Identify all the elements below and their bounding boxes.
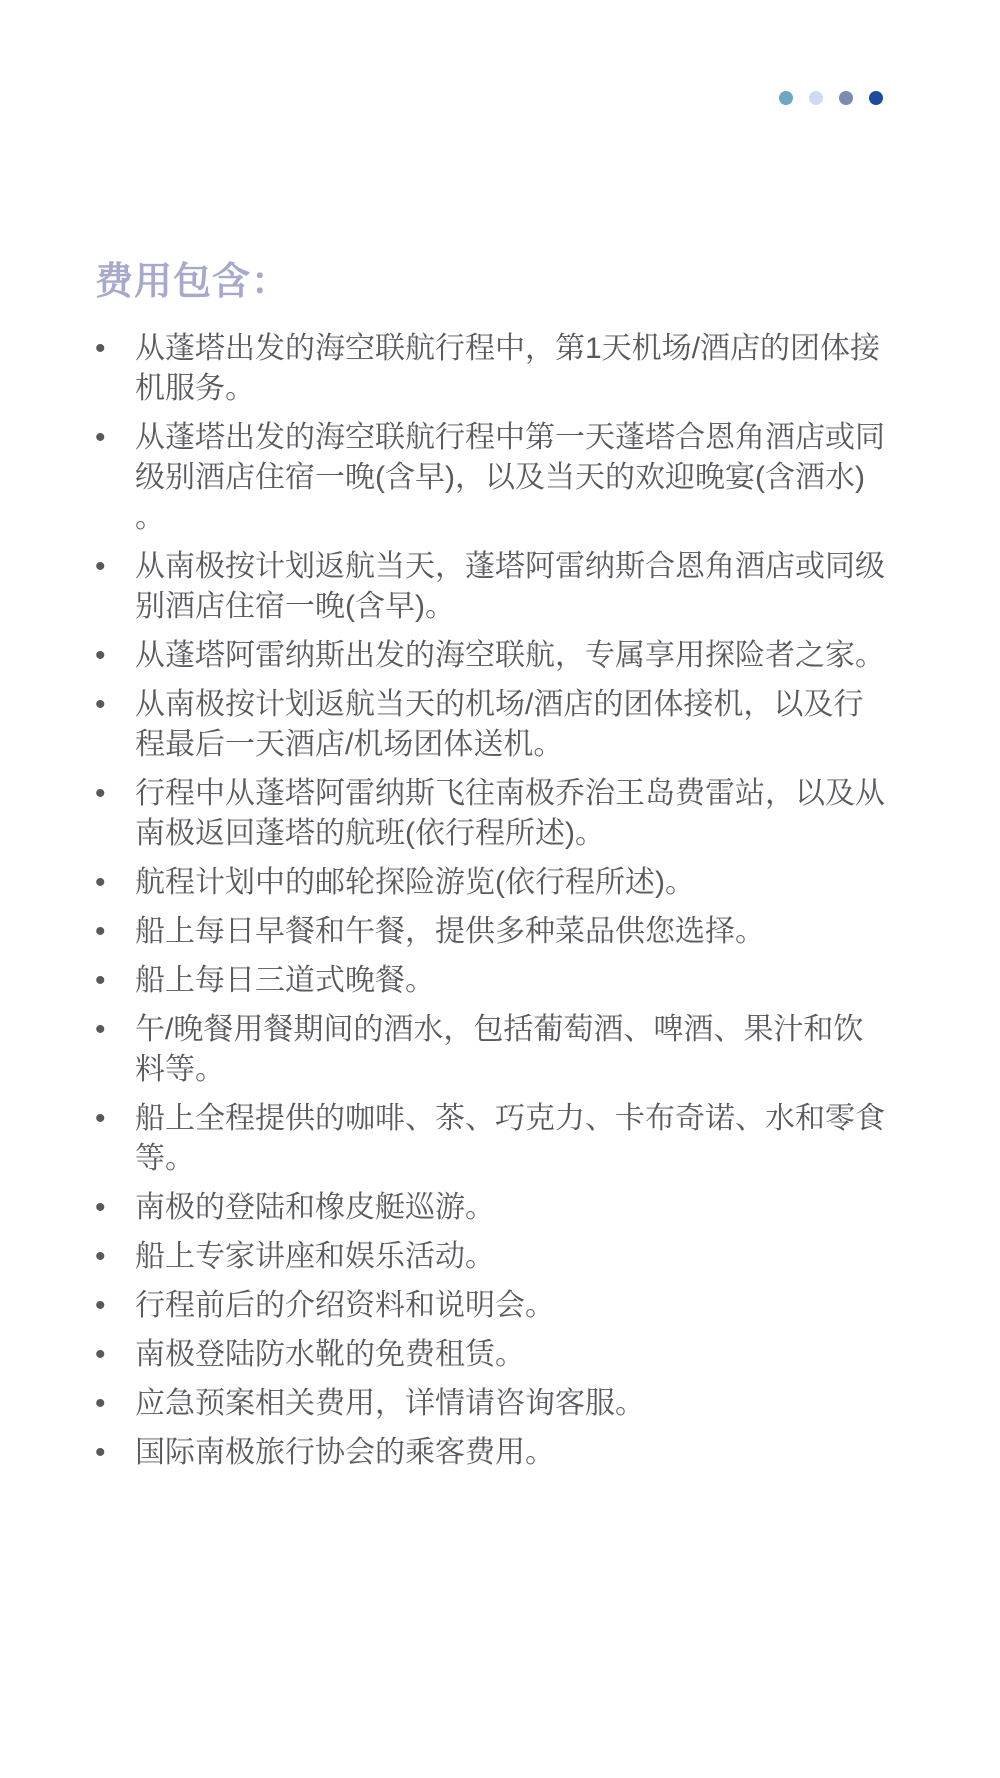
included-list: •从蓬塔出发的海空联航行程中，第1天机场/酒店的团体接 机服务。•从蓬塔出发的海… xyxy=(95,329,940,1473)
list-item-text: 行程中从蓬塔阿雷纳斯飞往南极乔治王岛费雷站，以及从 南极返回蓬塔的航班(依行程所… xyxy=(135,774,935,854)
bullet-icon: • xyxy=(95,961,135,1001)
list-item-text: 国际南极旅行协会的乘客费用。 xyxy=(135,1433,935,1473)
carousel-dot-1[interactable] xyxy=(779,91,793,105)
list-item: •行程中从蓬塔阿雷纳斯飞往南极乔治王岛费雷站，以及从 南极返回蓬塔的航班(依行程… xyxy=(95,774,940,854)
bullet-icon: • xyxy=(95,1286,135,1326)
bullet-icon: • xyxy=(95,912,135,952)
list-item: •船上全程提供的咖啡、茶、巧克力、卡布奇诺、水和零食 等。 xyxy=(95,1099,940,1179)
list-item: •船上每日三道式晚餐。 xyxy=(95,961,940,1001)
list-item-text: 从蓬塔出发的海空联航行程中第一天蓬塔合恩角酒店或同 级别酒店住宿一晚(含早)，以… xyxy=(135,418,935,538)
list-item-text: 南极登陆防水靴的免费租赁。 xyxy=(135,1335,935,1375)
bullet-icon: • xyxy=(95,863,135,903)
bullet-icon: • xyxy=(95,1237,135,1277)
bullet-icon: • xyxy=(95,1384,135,1424)
list-item: •从南极按计划返航当天，蓬塔阿雷纳斯合恩角酒店或同级 别酒店住宿一晚(含早)。 xyxy=(95,547,940,627)
list-item-text: 从南极按计划返航当天的机场/酒店的团体接机，以及行 程最后一天酒店/机场团体送机… xyxy=(135,685,935,765)
list-item: •从蓬塔阿雷纳斯出发的海空联航，专属享用探险者之家。 xyxy=(95,636,940,676)
list-item: •南极登陆防水靴的免费租赁。 xyxy=(95,1335,940,1375)
list-item: •从南极按计划返航当天的机场/酒店的团体接机，以及行 程最后一天酒店/机场团体送… xyxy=(95,685,940,765)
list-item-text: 应急预案相关费用，详情请咨询客服。 xyxy=(135,1384,935,1424)
costs-included-section: 费用包含： •从蓬塔出发的海空联航行程中，第1天机场/酒店的团体接 机服务。•从… xyxy=(95,250,940,1482)
list-item-text: 船上全程提供的咖啡、茶、巧克力、卡布奇诺、水和零食 等。 xyxy=(135,1099,935,1179)
carousel-dot-4[interactable] xyxy=(869,91,883,105)
list-item-text: 午/晚餐用餐期间的酒水，包括葡萄酒、啤酒、果汁和饮 料等。 xyxy=(135,1010,935,1090)
list-item: •行程前后的介绍资料和说明会。 xyxy=(95,1286,940,1326)
list-item-text: 航程计划中的邮轮探险游览(依行程所述)。 xyxy=(135,863,935,903)
list-item: •船上专家讲座和娱乐活动。 xyxy=(95,1237,940,1277)
list-item-text: 从南极按计划返航当天，蓬塔阿雷纳斯合恩角酒店或同级 别酒店住宿一晚(含早)。 xyxy=(135,547,935,627)
list-item-text: 行程前后的介绍资料和说明会。 xyxy=(135,1286,935,1326)
bullet-icon: • xyxy=(95,329,135,369)
list-item: •从蓬塔出发的海空联航行程中第一天蓬塔合恩角酒店或同 级别酒店住宿一晚(含早)，… xyxy=(95,418,940,538)
list-item: •航程计划中的邮轮探险游览(依行程所述)。 xyxy=(95,863,940,903)
list-item-text: 南极的登陆和橡皮艇巡游。 xyxy=(135,1188,935,1228)
bullet-icon: • xyxy=(95,547,135,587)
carousel-dot-3[interactable] xyxy=(839,91,853,105)
list-item-text: 船上每日早餐和午餐，提供多种菜品供您选择。 xyxy=(135,912,935,952)
bullet-icon: • xyxy=(95,1335,135,1375)
list-item: •应急预案相关费用，详情请咨询客服。 xyxy=(95,1384,940,1424)
list-item-text: 船上每日三道式晚餐。 xyxy=(135,961,935,1001)
list-item-text: 从蓬塔出发的海空联航行程中，第1天机场/酒店的团体接 机服务。 xyxy=(135,329,935,409)
list-item-text: 从蓬塔阿雷纳斯出发的海空联航，专属享用探险者之家。 xyxy=(135,636,935,676)
list-item: •午/晚餐用餐期间的酒水，包括葡萄酒、啤酒、果汁和饮 料等。 xyxy=(95,1010,940,1090)
list-item: •船上每日早餐和午餐，提供多种菜品供您选择。 xyxy=(95,912,940,952)
section-heading: 费用包含： xyxy=(95,250,940,305)
list-item: •南极的登陆和橡皮艇巡游。 xyxy=(95,1188,940,1228)
carousel-dot-2[interactable] xyxy=(809,91,823,105)
list-item-text: 船上专家讲座和娱乐活动。 xyxy=(135,1237,935,1277)
list-item: •从蓬塔出发的海空联航行程中，第1天机场/酒店的团体接 机服务。 xyxy=(95,329,940,409)
pagination-dots xyxy=(779,91,883,105)
bullet-icon: • xyxy=(95,774,135,814)
bullet-icon: • xyxy=(95,1010,135,1050)
bullet-icon: • xyxy=(95,1099,135,1139)
bullet-icon: • xyxy=(95,1433,135,1473)
bullet-icon: • xyxy=(95,1188,135,1228)
bullet-icon: • xyxy=(95,636,135,676)
bullet-icon: • xyxy=(95,418,135,458)
list-item: •国际南极旅行协会的乘客费用。 xyxy=(95,1433,940,1473)
bullet-icon: • xyxy=(95,685,135,725)
